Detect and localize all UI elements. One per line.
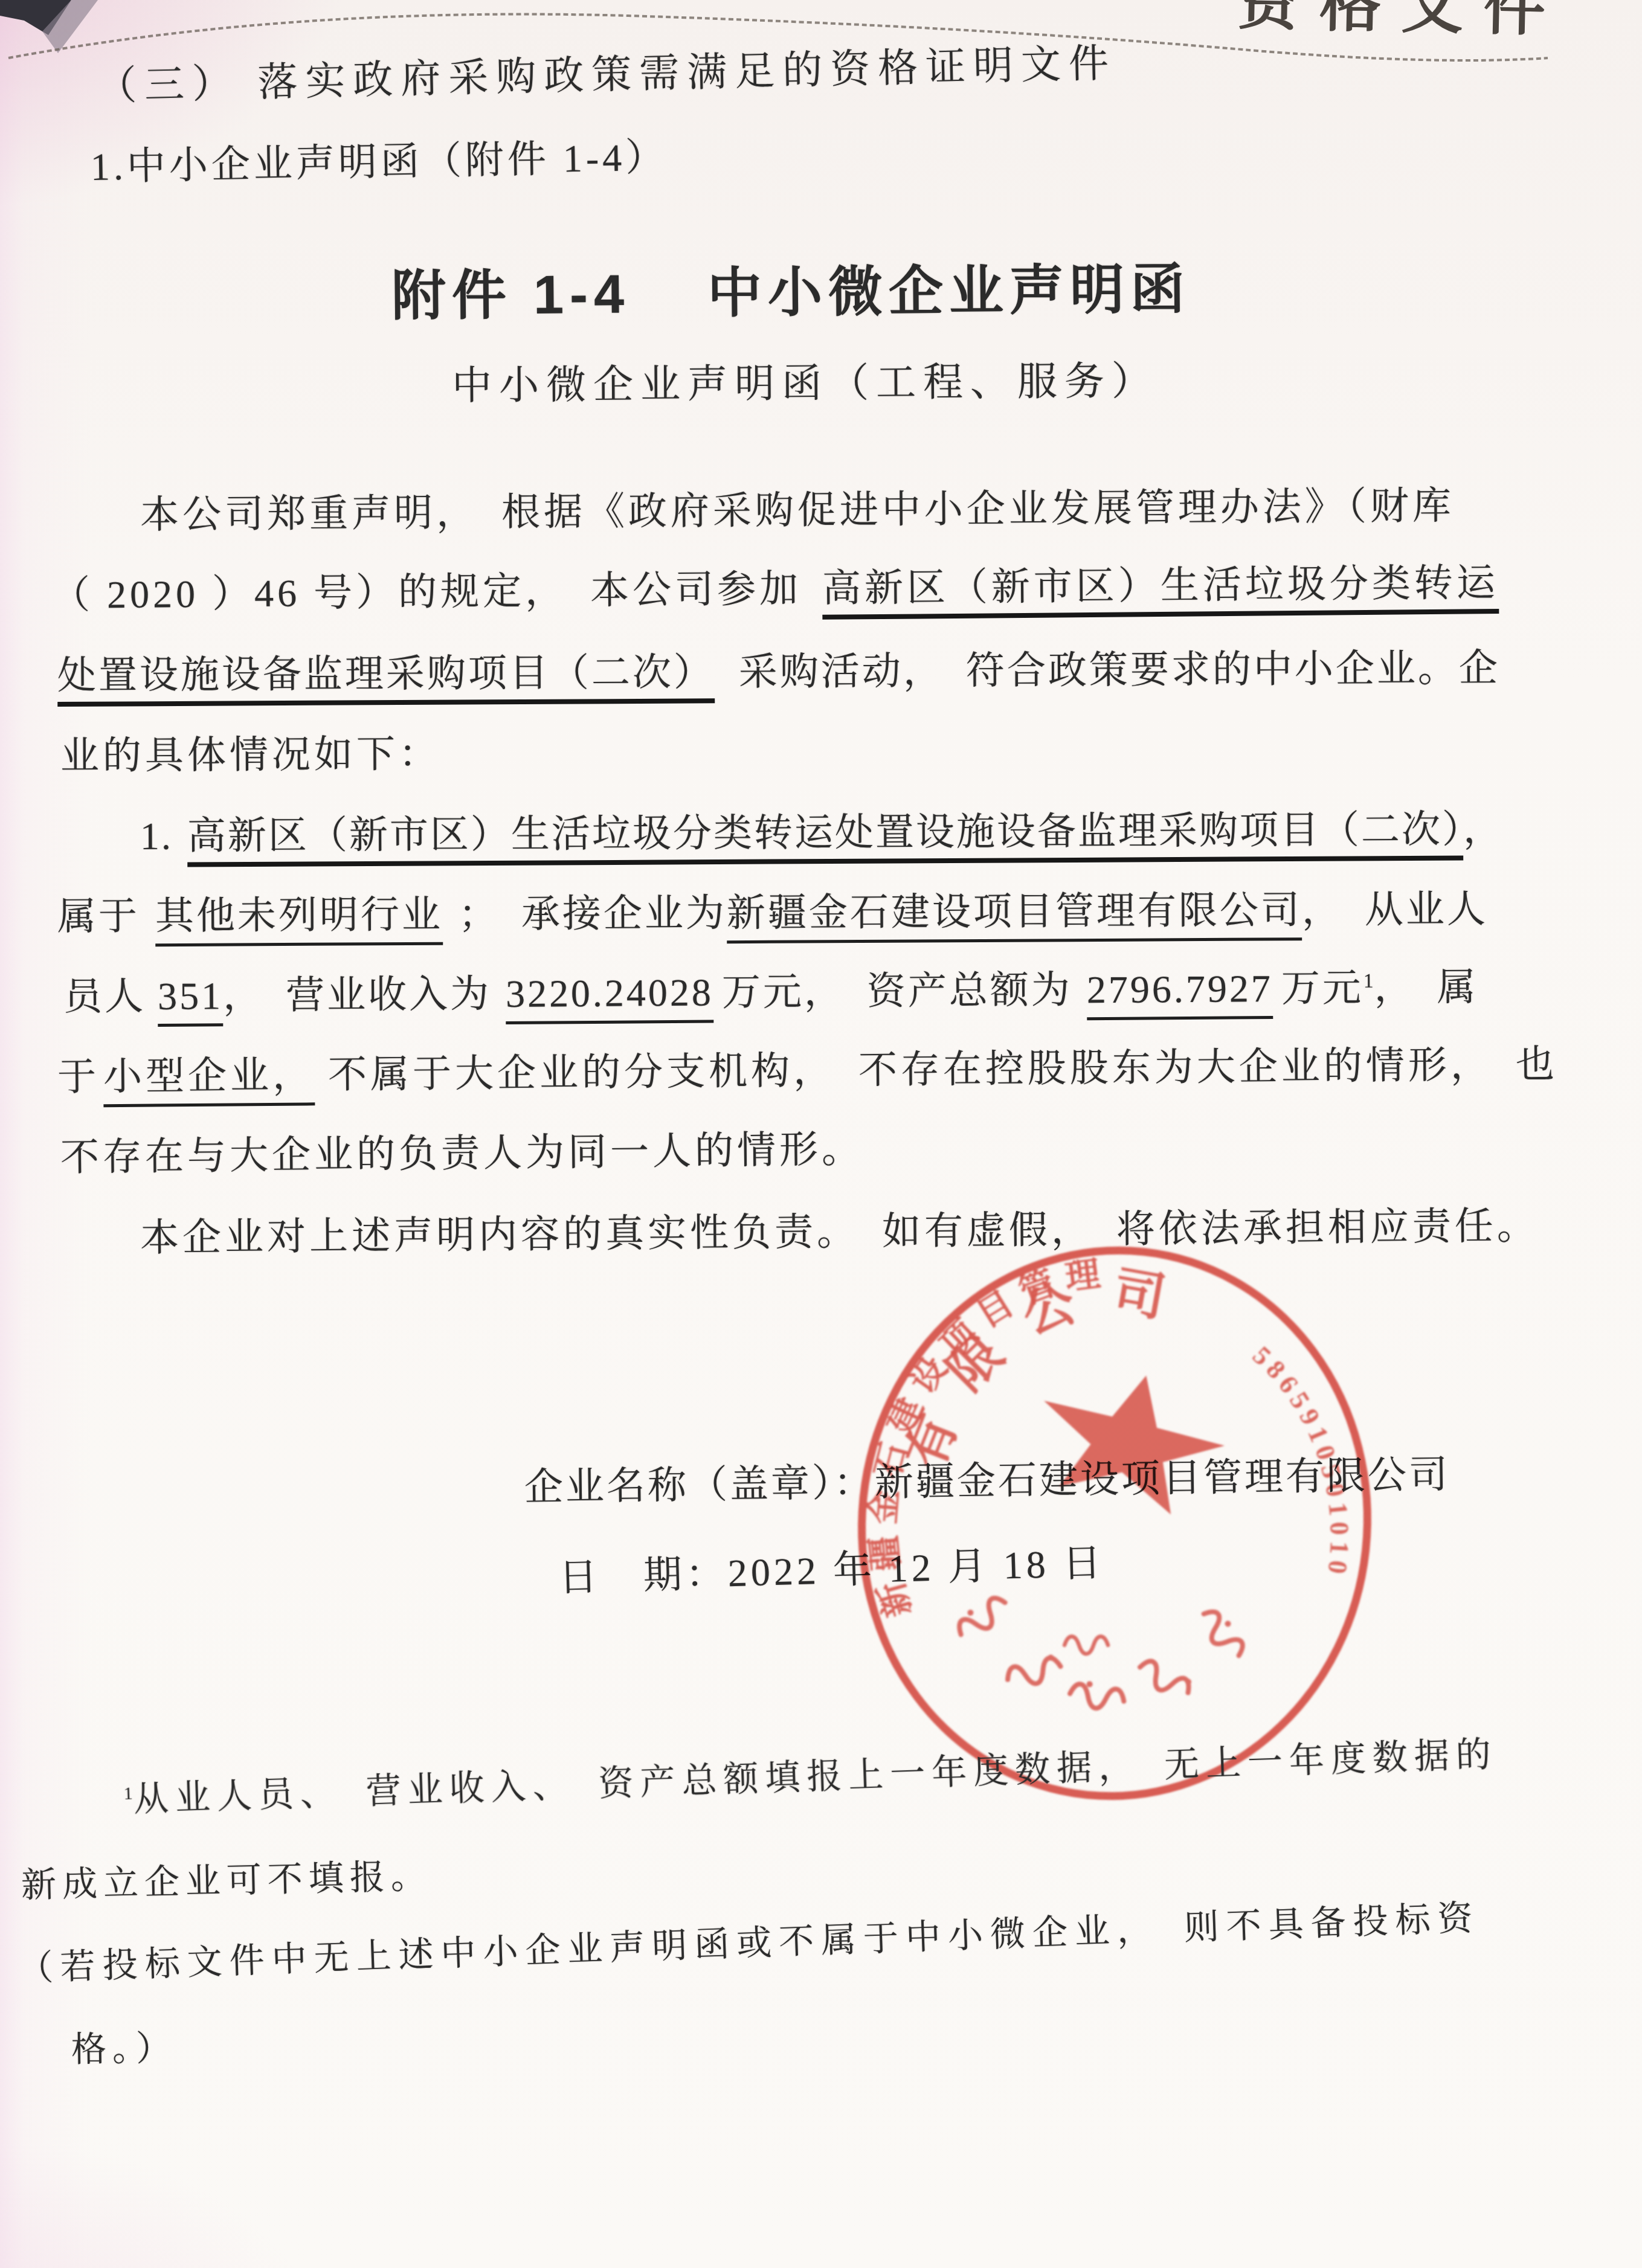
body-line: 1.高新区（新市区）生活垃圾分类转运处置设施设备监理采购项目（二次），: [140, 808, 1504, 858]
seal-star-icon: [1025, 1353, 1237, 1523]
body-text: ， 营业收入为: [223, 972, 491, 1017]
body-text: ， 从业人: [1302, 888, 1488, 932]
scanned-document-page: 资格文件 （三） 落实政府采购政策需满足的资格证明文件 1.中小企业声明函（附件…: [0, 0, 1642, 2268]
footnote-line: 新成立企业可不填报。: [21, 1857, 432, 1905]
underlined-project-name: 高新区（新市区）生活垃圾分类转运处置设施设备监理采购项目（二次）: [187, 808, 1463, 867]
footnote-marker: 1: [123, 1782, 134, 1804]
body-line: 不存在与大企业的负责人为同一人的情形。: [60, 1128, 864, 1179]
body-line: （ 2020 ）46 号）的规定， 本公司参加高新区（新市区）生活垃圾分类转运: [51, 562, 1499, 617]
body-text: 属于: [57, 895, 140, 938]
body-text: ， 属: [1374, 966, 1478, 1009]
attachment-title: 附件 1-4中小微企业声明函: [391, 260, 1191, 327]
body-line: 员人351， 营业收入为3220.24028万元， 资产总额为2796.7927…: [63, 966, 1478, 1019]
body-line: 于小型企业，不属于大企业的分支机构， 不存在控股股东为大企业的情形， 也: [57, 1043, 1559, 1099]
body-text: ，: [1463, 808, 1504, 850]
body-text: 万元， 资产总额为: [722, 968, 1072, 1014]
body-line: 属于其他未列明行业； 承接企业为新疆金石建设项目管理有限公司， 从业人: [57, 888, 1488, 939]
footnote-line: 格。）: [71, 2029, 178, 2069]
underlined-employee-count: 351: [158, 974, 224, 1027]
seal-uyghur-script: [945, 1577, 1255, 1724]
underlined-revenue: 3220.24028: [506, 971, 714, 1024]
underlined-company-name: 新疆金石建设项目管理有限公司: [727, 888, 1302, 943]
body-text: ； 承接企业为: [459, 891, 727, 936]
body-line: 本公司郑重声明， 根据《政府采购促进中小企业发展管理办法》（财库: [140, 485, 1455, 537]
page-header-fragment: 资格文件: [1237, 0, 1567, 48]
body-text: 不属于大企业的分支机构， 不存在控股股东为大企业的情形， 也: [328, 1042, 1559, 1096]
list-number: 1.: [140, 815, 173, 858]
body-text: 万元: [1281, 966, 1364, 1010]
underlined-industry: 其他未列明行业: [155, 893, 443, 946]
footnote-line: （若投标文件中无上述中小企业声明函或不属于中小微企业， 则不具备投标资: [18, 1899, 1481, 1988]
underlined-total-assets: 2796.7927: [1087, 967, 1273, 1020]
underlined-project-name: 处置设施设备监理采购项目（二次）: [57, 651, 715, 707]
underlined-project-name: 高新区（新市区）生活垃圾分类转运: [822, 561, 1499, 620]
attachment-label: 附件 1-4: [391, 265, 631, 327]
body-text: 员人: [63, 975, 146, 1018]
body-text: 于: [57, 1055, 100, 1099]
body-line: 业的具体情况如下：: [60, 733, 441, 778]
document-subtitle: 中小微企业声明函（工程、服务）: [452, 360, 1159, 409]
seal-serial-number: 5865910501010: [1225, 1338, 1375, 1581]
body-text: 采购活动， 符合政策要求的中小企业。企: [739, 646, 1500, 693]
body-text: （ 2020 ）46 号）的规定， 本公司参加: [51, 567, 802, 617]
underlined-enterprise-size: 小型企业，: [103, 1053, 315, 1107]
footnote-reference: 1: [1364, 970, 1374, 992]
attachment-title-text: 中小微企业声明函: [707, 259, 1191, 324]
body-line: 处置设施设备监理采购项目（二次）采购活动， 符合政策要求的中小企业。企: [57, 647, 1500, 697]
